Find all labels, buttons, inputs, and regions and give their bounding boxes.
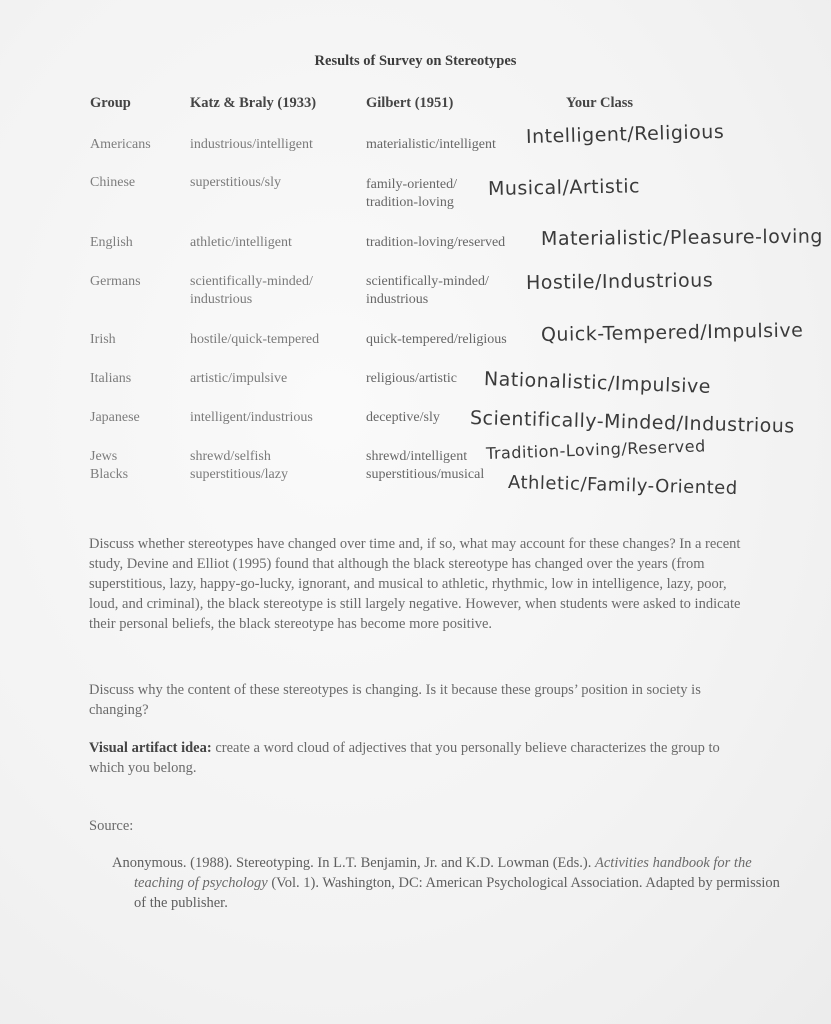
katz-cell: superstitious/sly: [190, 174, 281, 191]
katz-cell: shrewd/selfish: [190, 448, 271, 465]
handwritten-answer: Tradition-Loving/Reserved: [486, 436, 706, 463]
katz-cell: scientifically-minded/: [190, 273, 313, 290]
gilbert-cell: tradition-loving/reserved: [366, 234, 505, 251]
source-reference: Anonymous. (1988). Stereotyping. In L.T.…: [112, 853, 794, 913]
katz-cell: hostile/quick-tempered: [190, 331, 319, 348]
handwritten-answer: Nationalistic/Impulsive: [484, 368, 712, 398]
discussion-paragraph-2: Discuss why the content of these stereot…: [89, 680, 749, 720]
group-cell: Americans: [90, 136, 151, 153]
group-cell: Chinese: [90, 174, 135, 191]
handwritten-answer: Musical/Artistic: [488, 175, 640, 200]
katz-cell: superstitious/lazy: [190, 466, 288, 483]
handwritten-answer: Scientifically-Minded/Industrious: [470, 407, 795, 437]
source-label: Source:: [89, 818, 133, 835]
handwritten-answer: Athletic/Family-Oriented: [508, 472, 738, 499]
gilbert-cell: superstitious/musical: [366, 466, 484, 483]
header-gilbert: Gilbert (1951): [366, 95, 453, 112]
group-cell: Italians: [90, 370, 131, 387]
katz-cell: intelligent/industrious: [190, 409, 313, 426]
group-cell: Irish: [90, 331, 116, 348]
gilbert-cell-line2: tradition-loving: [366, 194, 454, 211]
katz-cell: athletic/intelligent: [190, 234, 292, 251]
visual-artifact-paragraph: Visual artifact idea: create a word clou…: [89, 738, 749, 778]
gilbert-cell-line2: industrious: [366, 291, 428, 308]
gilbert-cell: materialistic/intelligent: [366, 136, 496, 153]
gilbert-cell: family-oriented/: [366, 176, 457, 193]
katz-cell: industrious/intelligent: [190, 136, 313, 153]
handwritten-answer: Quick-Tempered/Impulsive: [541, 319, 804, 346]
katz-cell-line2: industrious: [190, 291, 252, 308]
gilbert-cell: shrewd/intelligent: [366, 448, 467, 465]
header-group: Group: [90, 95, 131, 112]
gilbert-cell: quick-tempered/religious: [366, 331, 507, 348]
group-cell: Jews: [90, 448, 117, 465]
header-katz-braly: Katz & Braly (1933): [190, 95, 316, 112]
group-cell: Japanese: [90, 409, 140, 426]
handwritten-answer: Intelligent/Religious: [526, 121, 725, 148]
gilbert-cell: scientifically-minded/: [366, 273, 489, 290]
handwritten-answer: Materialistic/Pleasure-loving: [541, 226, 823, 250]
group-cell: Germans: [90, 273, 141, 290]
group-cell: Blacks: [90, 466, 128, 483]
header-your-class: Your Class: [566, 95, 633, 112]
katz-cell: artistic/impulsive: [190, 370, 287, 387]
reference-text-start: Anonymous. (1988). Stereotyping. In L.T.…: [112, 855, 595, 871]
page-title: Results of Survey on Stereotypes: [0, 53, 831, 70]
visual-artifact-label: Visual artifact idea:: [89, 740, 212, 756]
gilbert-cell: deceptive/sly: [366, 409, 440, 426]
scanned-page: Results of Survey on Stereotypes Group K…: [0, 0, 831, 1024]
gilbert-cell: religious/artistic: [366, 370, 457, 387]
handwritten-answer: Hostile/Industrious: [526, 269, 713, 294]
discussion-paragraph-1: Discuss whether stereotypes have changed…: [89, 534, 749, 634]
group-cell: English: [90, 234, 133, 251]
